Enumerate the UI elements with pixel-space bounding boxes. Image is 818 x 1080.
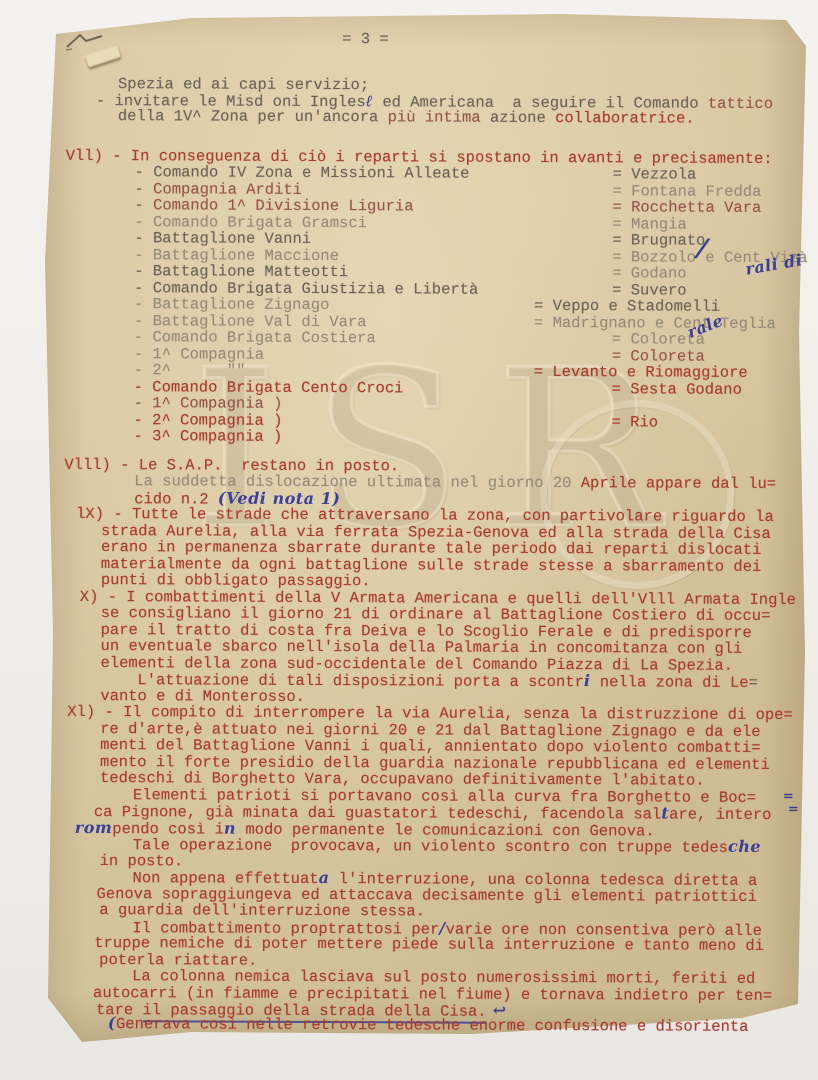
text-line: - Battaglione Vanni bbox=[134, 230, 311, 247]
page-number: = 3 = bbox=[342, 31, 389, 48]
text-line: = Levanto e Riomaggiore bbox=[534, 364, 748, 381]
text-line: - Comando Brigata Costiera bbox=[134, 329, 376, 346]
text-line: in posto. bbox=[100, 853, 184, 870]
text-line: = Rio bbox=[612, 414, 659, 431]
text-line: punti di obbligato passaggio. bbox=[101, 572, 371, 590]
text-line: - Battaglione Zignago bbox=[134, 296, 329, 313]
text-line: - Comando IV Zona e Missioni Alleate bbox=[135, 164, 470, 182]
text-line: - 3^ Compagnia ) bbox=[133, 428, 282, 445]
text-line: = Rocchetta Vara bbox=[612, 199, 761, 216]
scanned-document-page: { "document": { "page_number": "= 3 =", … bbox=[0, 0, 818, 1080]
text-line: Spezia ed ai capi servizio; bbox=[118, 76, 369, 94]
handwritten-annotation: = bbox=[788, 802, 799, 818]
text-line: = Vezzola bbox=[613, 166, 697, 183]
text-line: - 2^ "" bbox=[134, 362, 246, 379]
text-line: = Sesta Godano bbox=[612, 381, 742, 398]
text-line: a guardia dell'interruzione stessa. bbox=[99, 902, 425, 920]
text-line: - Comando 1^ Divisione Liguria bbox=[134, 197, 413, 215]
document-text: = 3 = Spezia ed ai capi servizio;- invit… bbox=[0, 0, 818, 1080]
text-line: Tale operazione provocava, un violento s… bbox=[133, 836, 761, 856]
text-line: = Veppo e Stadomelli bbox=[534, 298, 720, 315]
text-line: (Generava così nelle retrovie tedesche e… bbox=[108, 1015, 749, 1035]
text-line: - 1^ Compagnia ) bbox=[134, 395, 283, 412]
text-line: = Godano bbox=[612, 265, 686, 282]
text-line: - Battaglione Matteotti bbox=[134, 263, 348, 280]
text-line: = Brugnato bbox=[612, 232, 705, 249]
text-line: della 1V^ Zona per un'ancora più intima … bbox=[118, 108, 695, 127]
